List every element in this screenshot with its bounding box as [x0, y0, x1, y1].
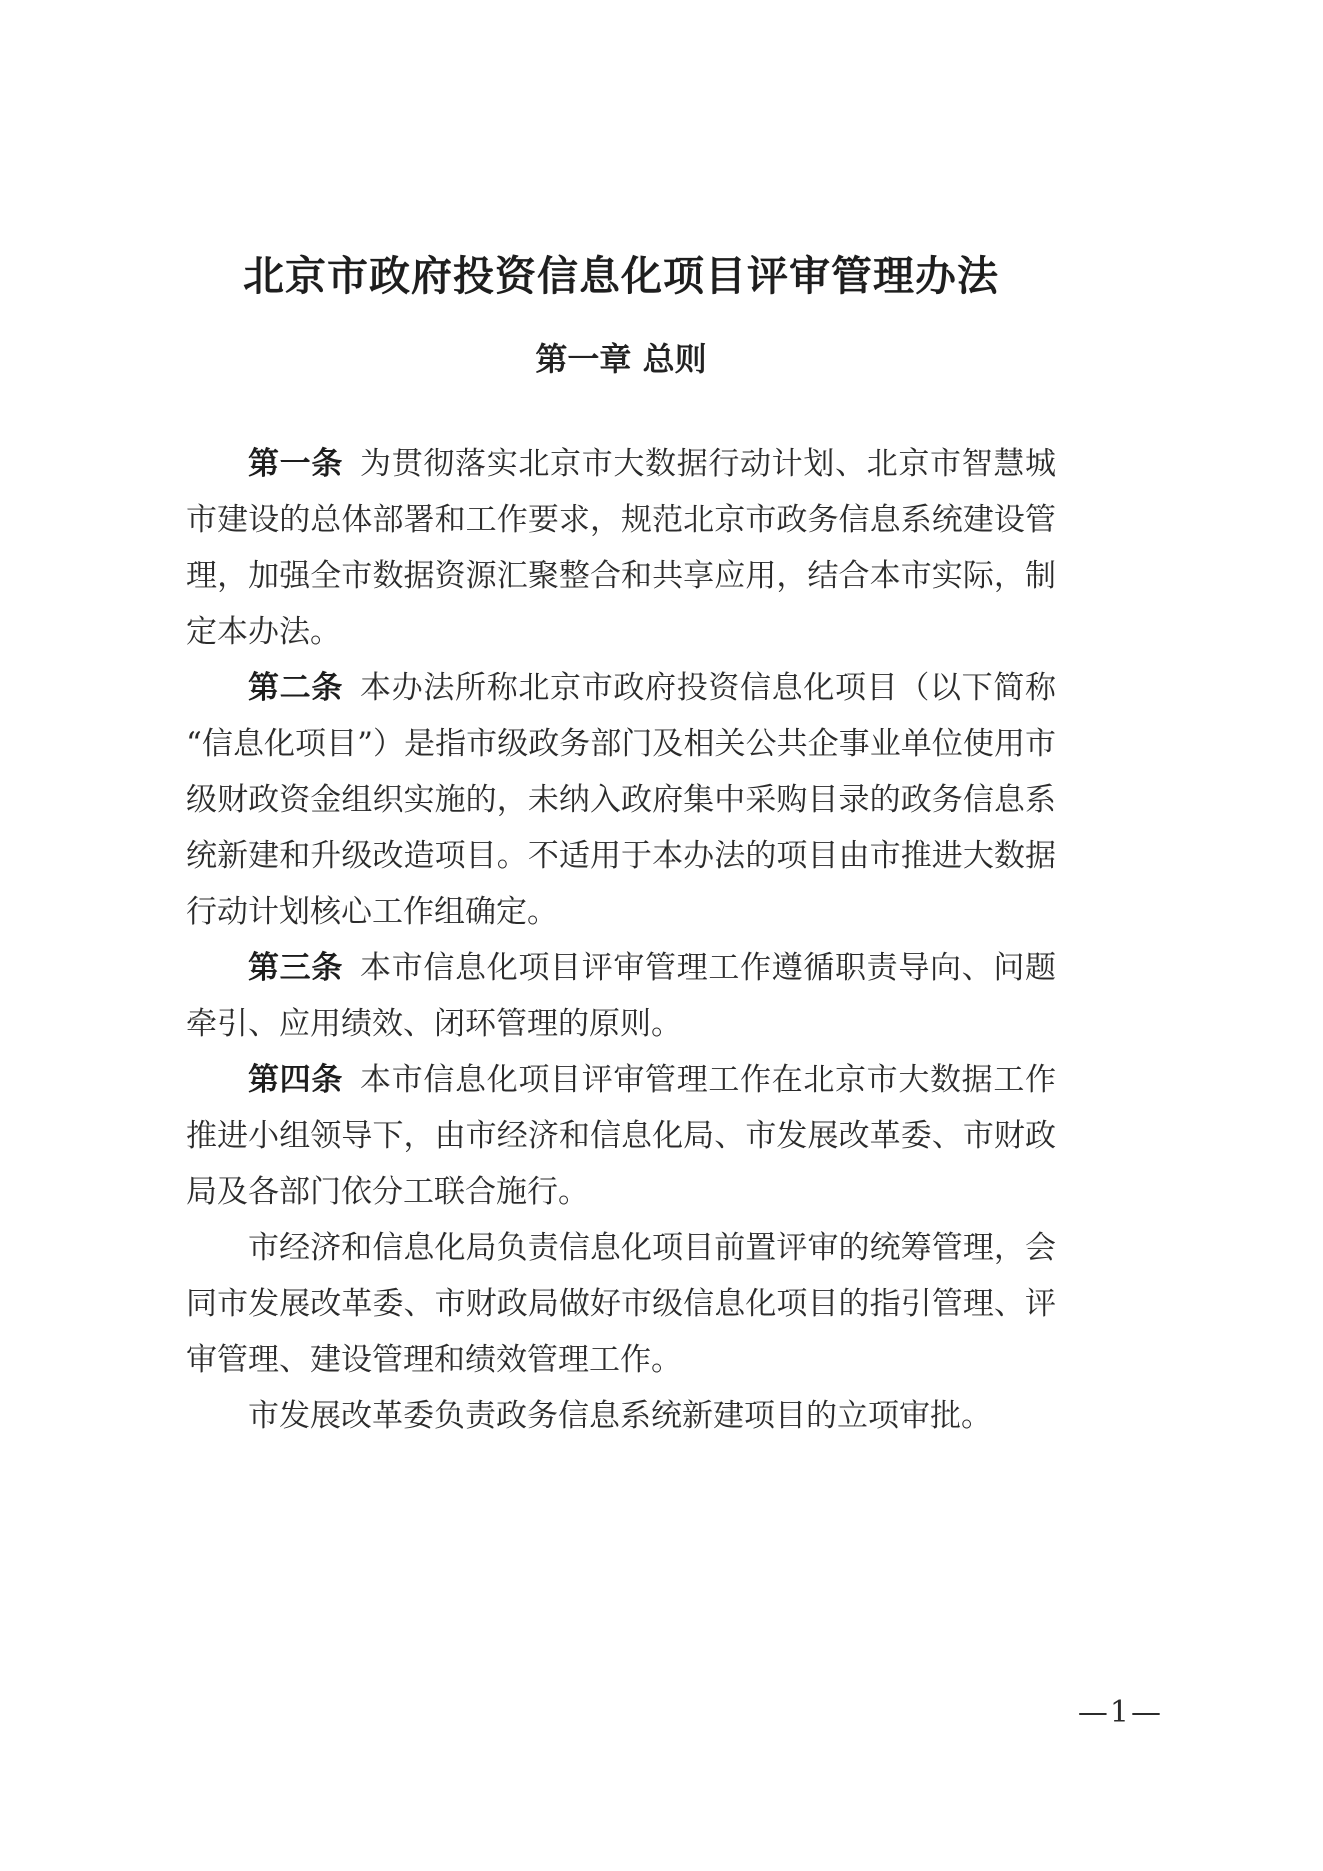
paragraph-text: 市经济和信息化局负责信息化项目前置评审的统筹管理，会同市发展改革委、市财政局做好… [186, 1230, 1056, 1378]
document-title: 北京市政府投资信息化项目评审管理办法 [186, 0, 1056, 302]
paragraph: 第三条本市信息化项目评审管理工作遵循职责导向、问题牵引、应用绩效、闭环管理的原则… [186, 940, 1056, 1052]
paragraph-text: 市发展改革委负责政务信息系统新建项目的立项审批。 [248, 1398, 992, 1434]
article-label: 第三条 [248, 950, 343, 986]
document-body: 第一条为贯彻落实北京市大数据行动计划、北京市智慧城市建设的总体部署和工作要求，规… [186, 436, 1056, 1444]
document-page: 北京市政府投资信息化项目评审管理办法 第一章 总则 第一条为贯彻落实北京市大数据… [0, 0, 1323, 1871]
article-label: 第四条 [248, 1062, 343, 1098]
paragraph: 第四条本市信息化项目评审管理工作在北京市大数据工作推进小组领导下，由市经济和信息… [186, 1052, 1056, 1220]
paragraph: 市发展改革委负责政务信息系统新建项目的立项审批。 [186, 1388, 1056, 1444]
paragraph: 第一条为贯彻落实北京市大数据行动计划、北京市智慧城市建设的总体部署和工作要求，规… [186, 436, 1056, 660]
paragraph: 市经济和信息化局负责信息化项目前置评审的统筹管理，会同市发展改革委、市财政局做好… [186, 1220, 1056, 1388]
chapter-heading: 第一章 总则 [186, 334, 1056, 380]
article-label: 第一条 [248, 446, 343, 482]
paragraph-text: 本办法所称北京市政府投资信息化项目（以下简称“信息化项目”）是指市级政务部门及相… [186, 670, 1056, 930]
article-label: 第二条 [248, 670, 343, 706]
paragraph: 第二条本办法所称北京市政府投资信息化项目（以下简称“信息化项目”）是指市级政务部… [186, 660, 1056, 940]
page-number: —1— [1078, 1695, 1163, 1730]
